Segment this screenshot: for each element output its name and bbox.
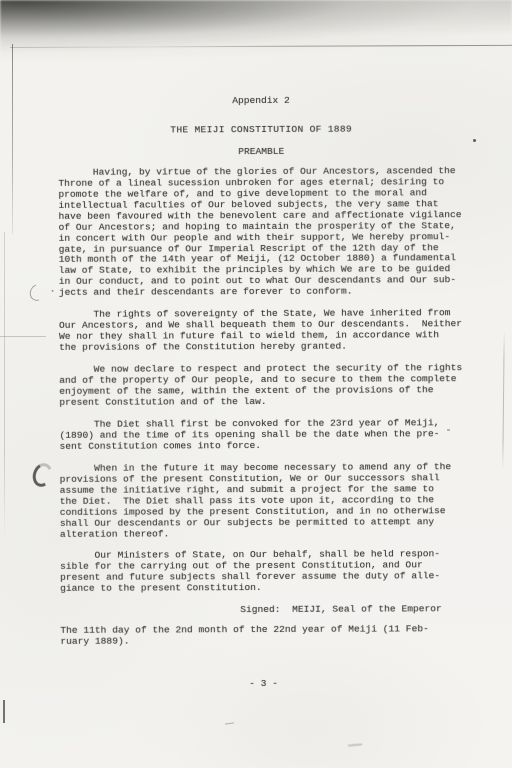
paragraph-3: We now declare to respect and protect th…: [59, 363, 465, 409]
paragraph-4: The Diet shall first be convoked for the…: [59, 418, 465, 453]
scan-shadow-top-left: [0, 0, 512, 64]
appendix-label: Appendix 2: [58, 95, 464, 108]
ink-speck: [225, 722, 234, 724]
pen-mark-lower: [30, 461, 55, 490]
paragraph-5: When in the future it may become necessa…: [60, 462, 466, 540]
preamble-heading: PREAMBLE: [58, 146, 464, 159]
pen-mark-upper: [27, 281, 48, 303]
vertical-fold-line: [12, 44, 13, 234]
ink-speck: [473, 139, 476, 142]
left-margin-line: [0, 336, 46, 337]
right-edge-scan-line: [502, 330, 504, 470]
paragraph-6: Our Ministers of State, on Our behalf, s…: [60, 550, 466, 596]
bottom-left-edge-mark: [3, 700, 5, 723]
scanned-page: Appendix 2 THE MEIJI CONSTITUTION OF 188…: [0, 0, 512, 768]
page-number: - 3 -: [61, 678, 467, 691]
document-title: THE MEIJI CONSTITUTION OF 1889: [58, 124, 464, 137]
document-body: Appendix 2 THE MEIJI CONSTITUTION OF 188…: [58, 95, 467, 691]
date-line: The 11th day of the 2nd month of the 22n…: [60, 624, 466, 648]
paragraph-2: The rights of sovereignty of the State, …: [59, 308, 465, 354]
left-edge-scan-line: [4, 232, 5, 542]
ink-speck: [348, 743, 362, 746]
paragraph-1: Having, by virtue of the glories of Our …: [58, 166, 465, 299]
horizontal-crease-line: [10, 45, 512, 48]
signature-line: Signed: MEIJI, Seal of the Emperor: [60, 604, 466, 617]
